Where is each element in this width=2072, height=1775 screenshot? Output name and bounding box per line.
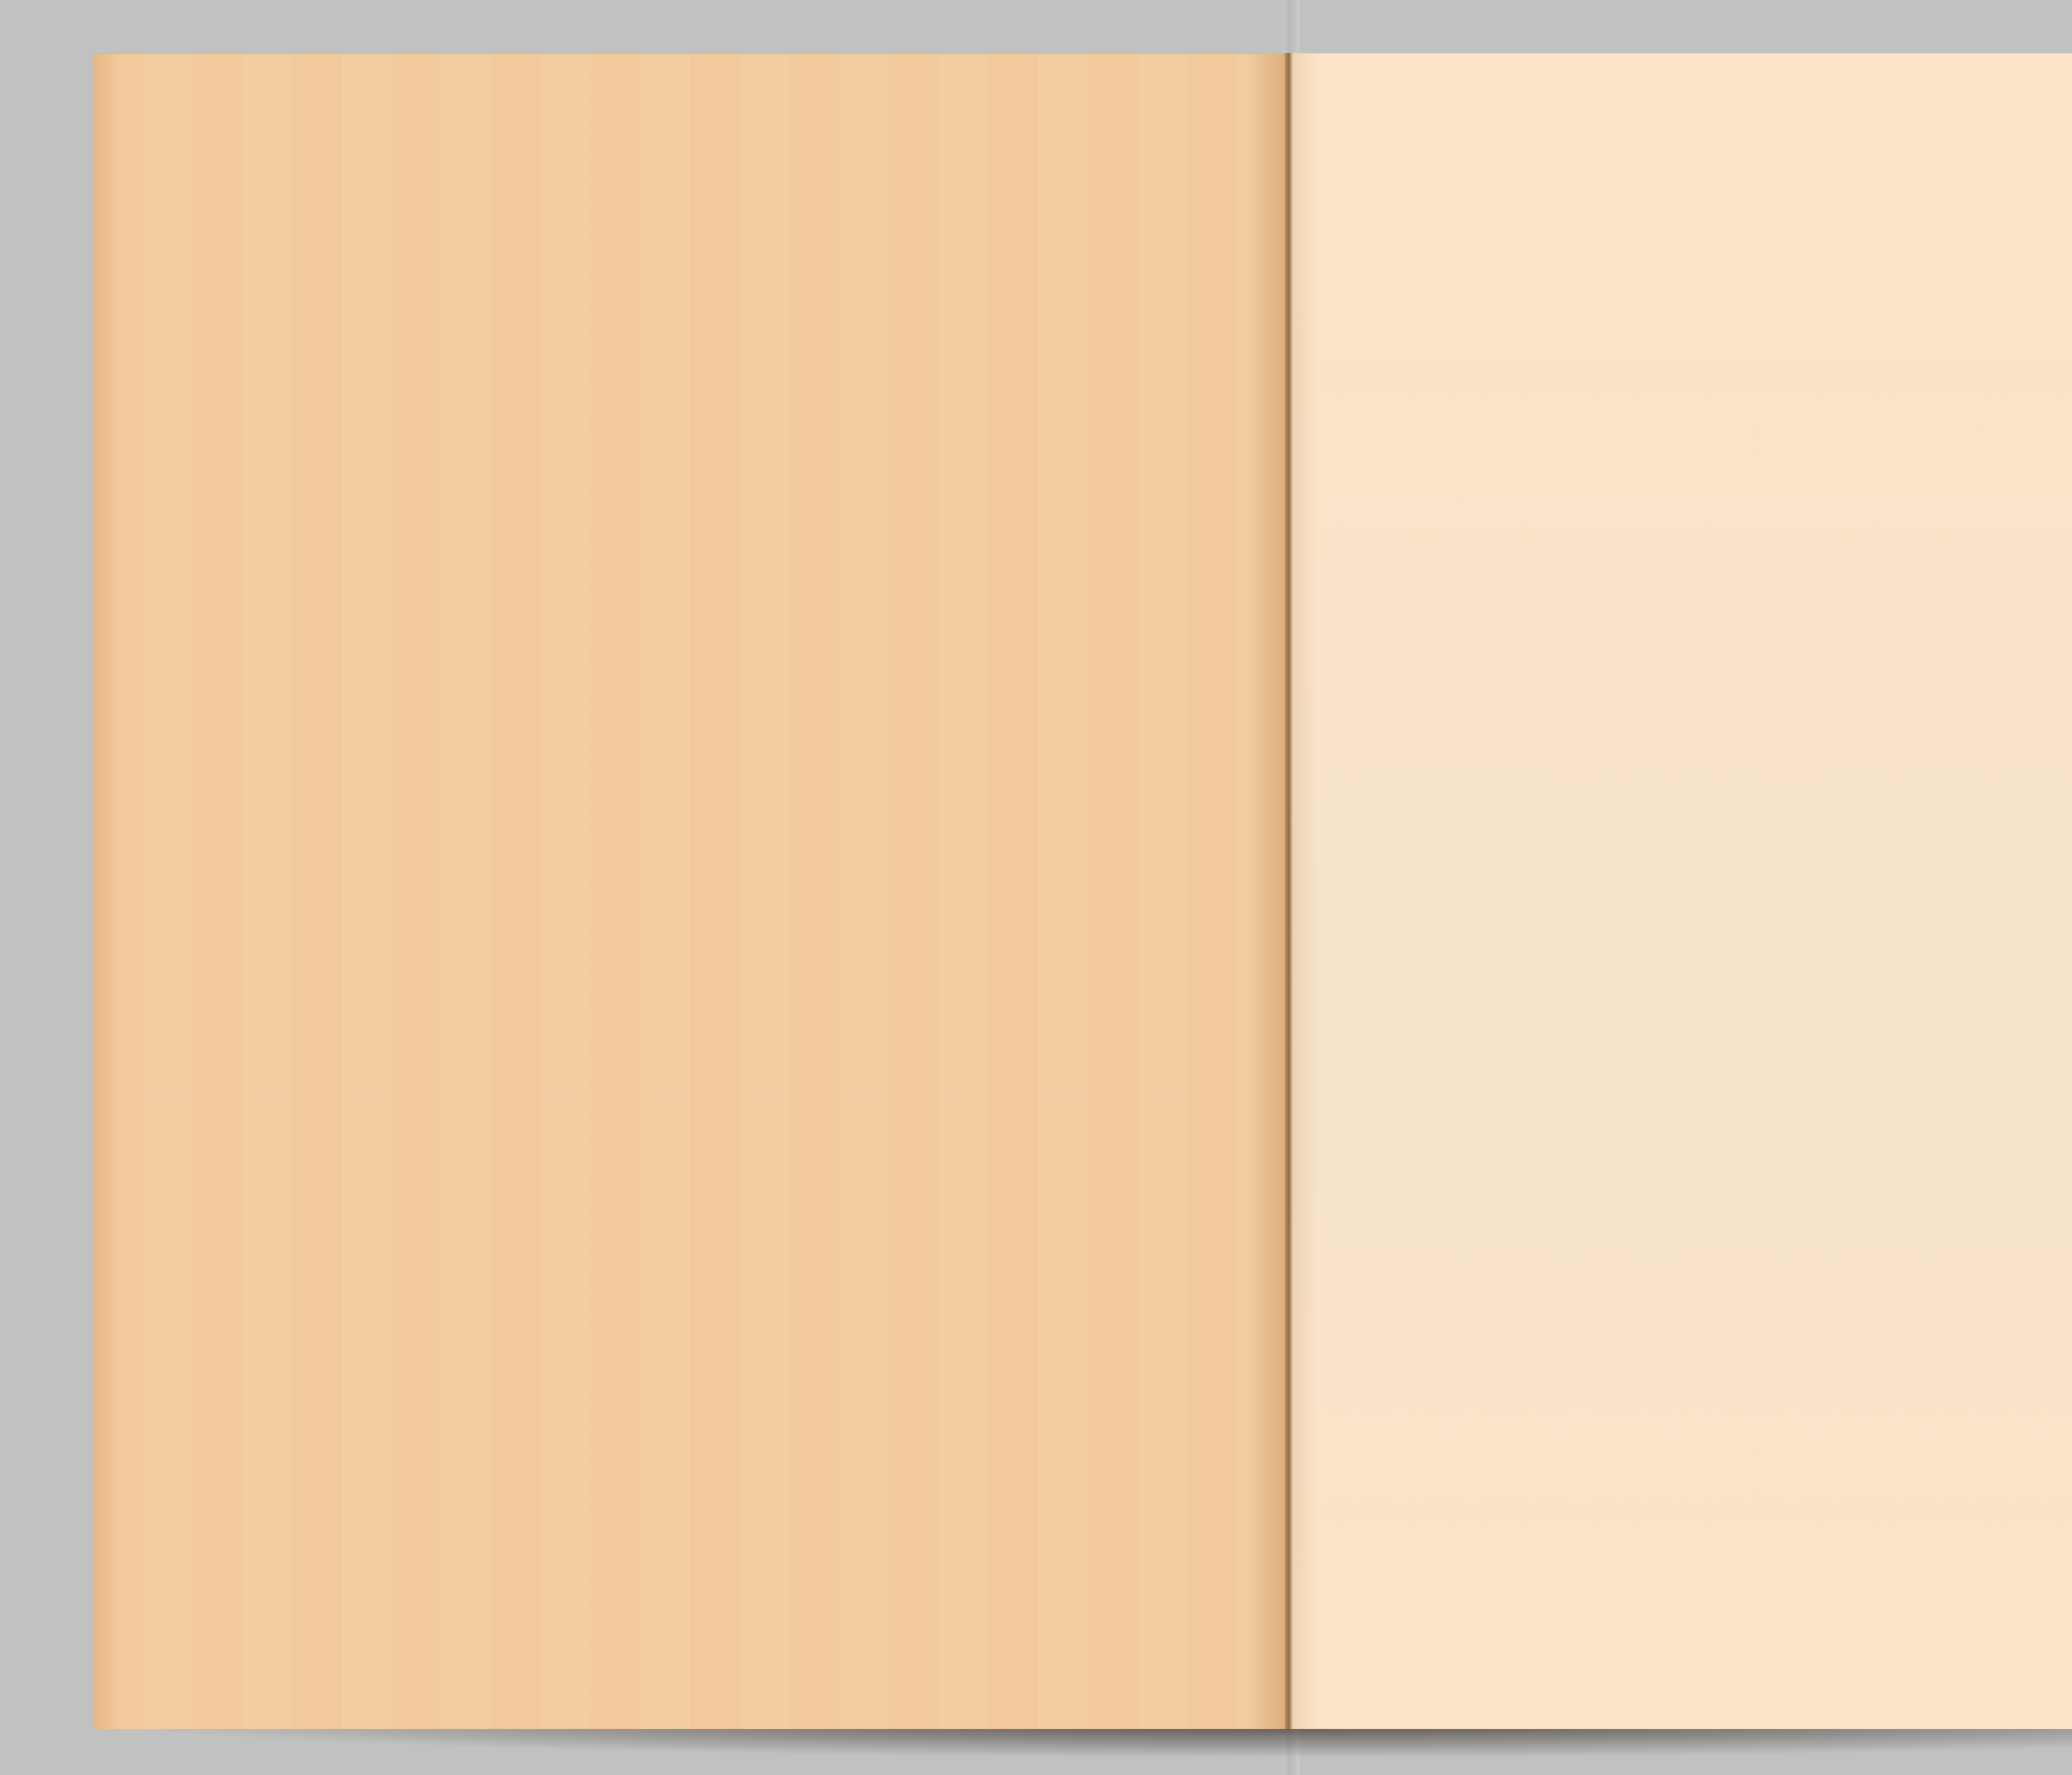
open-book [93,53,2072,1729]
book-gutter [1285,53,1293,1729]
left-page [93,53,1289,1729]
right-page [1289,53,2072,1729]
